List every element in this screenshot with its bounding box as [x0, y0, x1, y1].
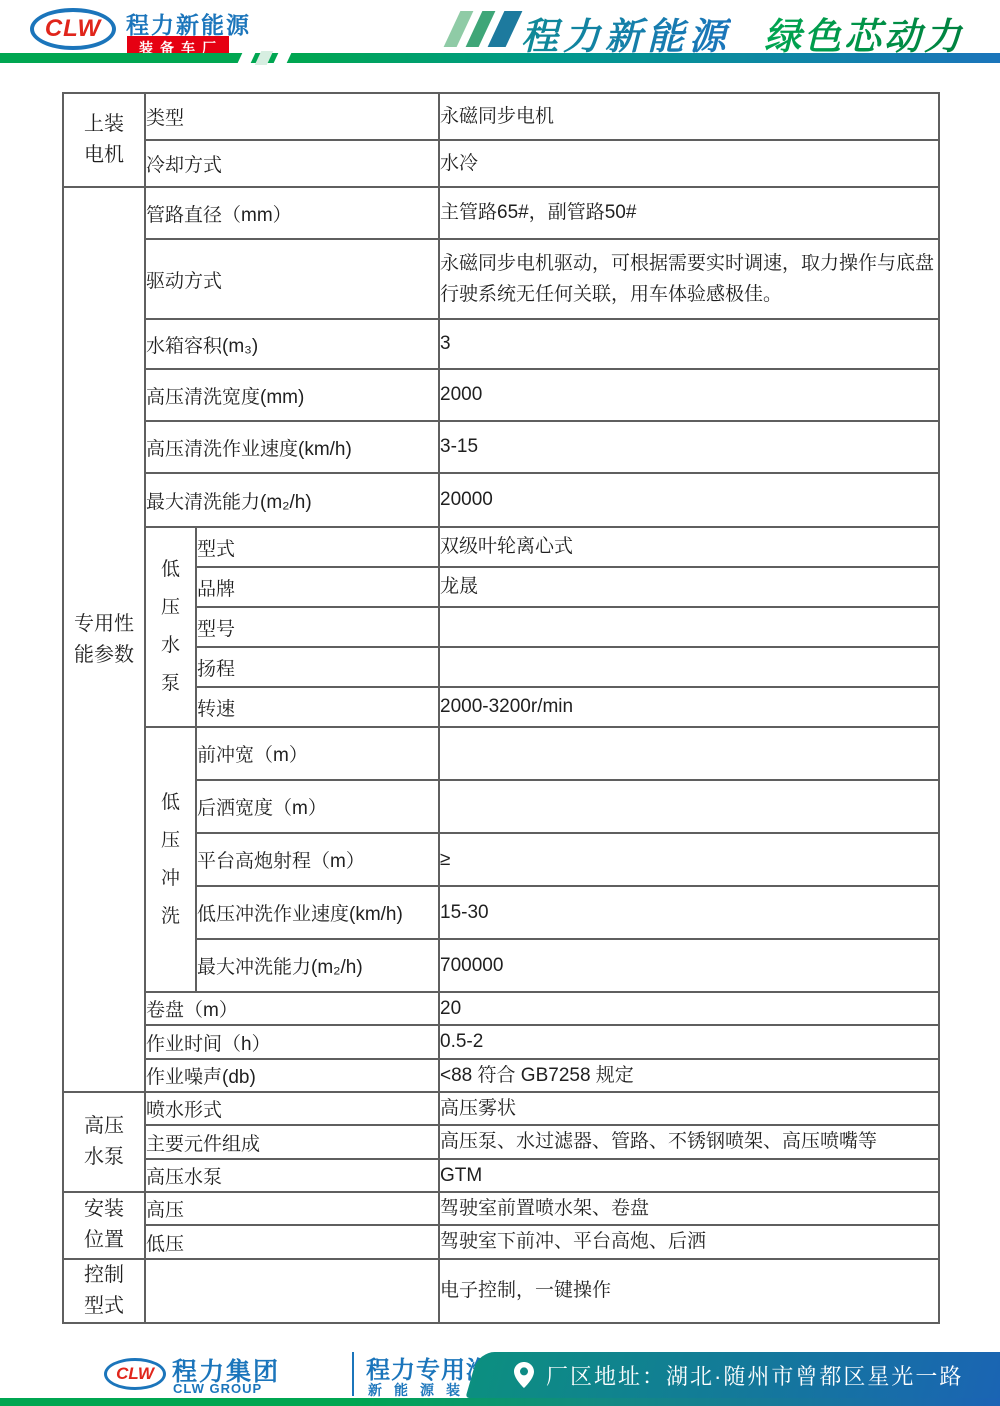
address-bar: 厂区地址：湖北·随州市曾都区星光一路	[465, 1352, 1000, 1398]
spec-sheet-page: CLW 程力新能源 装备车厂 程力新能源 绿色芯动力 上装 电机 类型 永磁同步…	[0, 0, 1000, 1406]
spec-value: 主管路65#，副管路50#	[439, 187, 939, 239]
spec-value: 龙晟	[439, 567, 939, 607]
footer-divider	[352, 1352, 354, 1396]
spec-label: 型式	[196, 527, 439, 567]
spec-value: 0.5-2	[439, 1025, 939, 1058]
table-row: 专用性 能参数 管路直径（mm） 主管路65#，副管路50#	[63, 187, 939, 239]
section-header-install: 安装 位置	[63, 1192, 145, 1259]
spec-value: 2000	[439, 369, 939, 421]
section-header-motor: 上装 电机	[63, 93, 145, 187]
spec-value: 15-30	[439, 886, 939, 939]
spec-label: 冷却方式	[145, 140, 439, 187]
spec-label: 扬程	[196, 647, 439, 687]
banner-title: 程力新能源	[521, 6, 731, 60]
decorative-slashes-icon	[452, 9, 523, 47]
banner-slogan: 绿色芯动力	[764, 6, 964, 60]
spec-label: 水箱容积(m₃)	[145, 319, 439, 369]
header-divider-bar	[0, 53, 1000, 63]
spec-label: 喷水形式	[145, 1092, 439, 1125]
spec-value: 双级叶轮离心式	[439, 527, 939, 567]
spec-label: 管路直径（mm）	[145, 187, 439, 239]
spec-value: 20000	[439, 473, 939, 527]
clw-logo-text: CLW	[116, 1364, 154, 1384]
spec-label: 转速	[196, 687, 439, 727]
spec-label: 高压	[145, 1192, 439, 1225]
spec-value	[439, 780, 939, 833]
table-row: 驱动方式 永磁同步电机驱动，可根据需要实时调速，取力操作与底盘行驶系统无任何关联…	[63, 239, 939, 319]
spec-label: 驱动方式	[145, 239, 439, 319]
table-row: 控制 型式 电子控制，一键操作	[63, 1259, 939, 1323]
spec-value: 驾驶室下前冲、平台高炮、后洒	[439, 1225, 939, 1258]
section-header-lp-pump: 低 压 水 泵	[145, 527, 196, 727]
spec-value: 高压泵、水过滤器、管路、不锈钢喷架、高压喷嘴等	[439, 1125, 939, 1158]
clw-logo-text: CLW	[45, 15, 101, 43]
spec-label: 卷盘（m）	[145, 992, 439, 1025]
spec-label: 低压冲洗作业速度(km/h)	[196, 886, 439, 939]
page-header: CLW 程力新能源 装备车厂 程力新能源 绿色芯动力	[0, 0, 1000, 86]
location-pin-icon	[514, 1362, 534, 1388]
table-row: 主要元件组成 高压泵、水过滤器、管路、不锈钢喷架、高压喷嘴等	[63, 1125, 939, 1158]
spec-label: 型号	[196, 607, 439, 647]
footer-group-en: CLW GROUP	[173, 1381, 262, 1396]
spec-value: <88 符合 GB7258 规定	[439, 1059, 939, 1092]
spec-value: GTM	[439, 1159, 939, 1192]
table-row: 作业时间（h） 0.5-2	[63, 1025, 939, 1058]
spec-label: 高压水泵	[145, 1159, 439, 1192]
spec-value: 3-15	[439, 421, 939, 473]
table-row: 水箱容积(m₃) 3	[63, 319, 939, 369]
table-row: 高压清洗宽度(mm) 2000	[63, 369, 939, 421]
clw-logo: CLW	[30, 8, 116, 50]
table-row: 上装 电机 类型 永磁同步电机	[63, 93, 939, 140]
spec-label: 作业时间（h）	[145, 1025, 439, 1058]
spec-value	[439, 607, 939, 647]
page-footer: CLW 程力集团 CLW GROUP 程力专用汽车股份有限公司 新能源装备车厂 …	[0, 1340, 1000, 1406]
bottom-accent-bar	[0, 1398, 1000, 1406]
spec-label: 低压	[145, 1225, 439, 1258]
spec-label: 主要元件组成	[145, 1125, 439, 1158]
table-row: 最大清洗能力(m₂/h) 20000	[63, 473, 939, 527]
section-header-performance: 专用性 能参数	[63, 187, 145, 1092]
spec-label: 高压清洗作业速度(km/h)	[145, 421, 439, 473]
table-row: 高压水泵 GTM	[63, 1159, 939, 1192]
spec-value: 永磁同步电机	[439, 93, 939, 140]
spec-label: 高压清洗宽度(mm)	[145, 369, 439, 421]
table-row: 高压清洗作业速度(km/h) 3-15	[63, 421, 939, 473]
spec-label: 最大清洗能力(m₂/h)	[145, 473, 439, 527]
table-row: 卷盘（m） 20	[63, 992, 939, 1025]
spec-label: 后洒宽度（m）	[196, 780, 439, 833]
spec-label: 作业噪声(db)	[145, 1059, 439, 1092]
spec-label: 类型	[145, 93, 439, 140]
table-row: 高压 水泵 喷水形式 高压雾状	[63, 1092, 939, 1125]
spec-label	[145, 1259, 439, 1323]
factory-address: 厂区地址：湖北·随州市曾都区星光一路	[546, 1360, 963, 1391]
spec-value: ≥	[439, 833, 939, 886]
spec-value: 3	[439, 319, 939, 369]
section-header-hp-pump: 高压 水泵	[63, 1092, 145, 1192]
spec-value: 驾驶室前置喷水架、卷盘	[439, 1192, 939, 1225]
spec-value: 20	[439, 992, 939, 1025]
spec-label: 品牌	[196, 567, 439, 607]
table-row: 作业噪声(db) <88 符合 GB7258 规定	[63, 1059, 939, 1092]
spec-table: 上装 电机 类型 永磁同步电机 冷却方式 水冷 专用性 能参数 管路直径（mm）…	[62, 92, 940, 1324]
section-header-control: 控制 型式	[63, 1259, 145, 1323]
spec-value: 高压雾状	[439, 1092, 939, 1125]
table-row: 安装 位置 高压 驾驶室前置喷水架、卷盘	[63, 1192, 939, 1225]
spec-value: 电子控制，一键操作	[439, 1259, 939, 1323]
table-row: 低 压 冲 洗 前冲宽（m）	[63, 727, 939, 780]
spec-label: 平台高炮射程（m）	[196, 833, 439, 886]
spec-value	[439, 647, 939, 687]
table-row: 冷却方式 水冷	[63, 140, 939, 187]
spec-label: 前冲宽（m）	[196, 727, 439, 780]
spec-value: 水冷	[439, 140, 939, 187]
address-bar-content: 厂区地址：湖北·随州市曾都区星光一路	[472, 1352, 1000, 1398]
section-header-lp-flush: 低 压 冲 洗	[145, 727, 196, 992]
spec-value	[439, 727, 939, 780]
spec-value: 永磁同步电机驱动，可根据需要实时调速，取力操作与底盘行驶系统无任何关联，用车体验…	[439, 239, 939, 319]
table-row: 低压 驾驶室下前冲、平台高炮、后洒	[63, 1225, 939, 1258]
clw-logo: CLW	[104, 1358, 166, 1390]
table-row: 低 压 水 泵 型式 双级叶轮离心式	[63, 527, 939, 567]
spec-value: 2000-3200r/min	[439, 687, 939, 727]
spec-label: 最大冲洗能力(m₂/h)	[196, 939, 439, 992]
spec-value: 700000	[439, 939, 939, 992]
